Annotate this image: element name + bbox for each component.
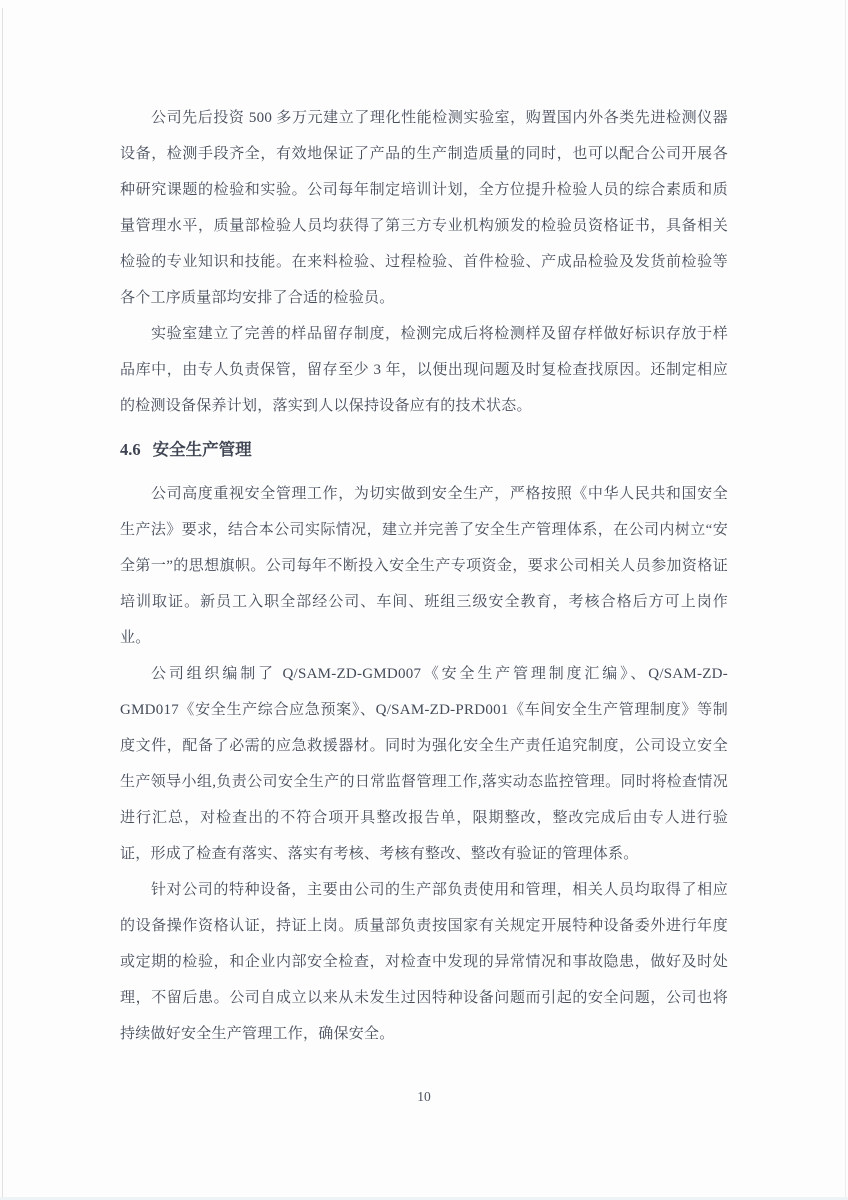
section-heading-4-6: 4.6安全生产管理 bbox=[120, 433, 728, 467]
paragraph-special-equipment: 针对公司的特种设备，主要由公司的生产部负责使用和管理，相关人员均取得了相应的设备… bbox=[120, 872, 728, 1052]
paragraph-testing-laboratory: 公司先后投资 500 多万元建立了理化性能检测实验室，购置国内外各类先进检测仪器… bbox=[120, 100, 728, 316]
paragraph-safety-management-overview: 公司高度重视安全管理工作，为切实做到安全生产，严格按照《中华人民共和国安全生产法… bbox=[120, 476, 728, 656]
paragraph-safety-system-documents: 公司组织编制了 Q/SAM-ZD-GMD007《安全生产管理制度汇编》、Q/SA… bbox=[120, 656, 728, 872]
document-page: 公司先后投资 500 多万元建立了理化性能检测实验室，购置国内外各类先进检测仪器… bbox=[0, 0, 848, 1200]
scan-artifact-left-edge bbox=[2, 8, 3, 1200]
section-title: 安全生产管理 bbox=[153, 440, 252, 459]
section-number: 4.6 bbox=[120, 440, 141, 459]
paragraph-sample-retention: 实验室建立了完善的样品留存制度，检测完成后将检测样及留存样做好标识存放于样品库中… bbox=[120, 316, 728, 424]
text-block: 公司先后投资 500 多万元建立了理化性能检测实验室，购置国内外各类先进检测仪器… bbox=[120, 100, 728, 1052]
scan-artifact-right-edge bbox=[845, 0, 846, 1200]
page-number: 10 bbox=[0, 1089, 848, 1105]
